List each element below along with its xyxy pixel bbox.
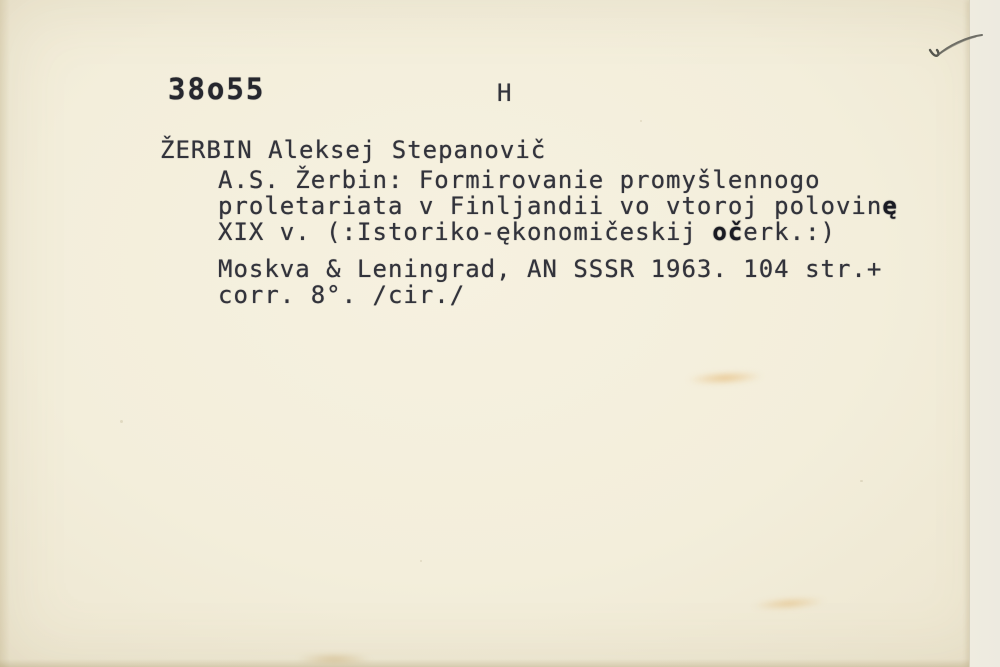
ink-smudge (686, 370, 765, 386)
paper-speck (860, 480, 863, 482)
title-line-3: XIX v. (:Istoriko-ękonomičeskij očerk.:) (218, 219, 836, 245)
ink-smudge (752, 595, 827, 611)
title-line-2-text: proletariata v Finljandii vo vtoroj polo… (218, 192, 882, 220)
paper-speck (640, 120, 642, 122)
title-line-3-text-post: erk.:) (743, 218, 836, 246)
card-bottom-edge-shadow (0, 659, 1000, 667)
catalog-card-scan: 38o55 H ŽERBIN Aleksej Stepanovič A.S. Ž… (0, 0, 1000, 667)
title-line-2-overstruck-char: ę (882, 192, 897, 220)
title-line-1: A.S. Žerbin: Formirovanie promyšlennogo (218, 167, 821, 193)
card-left-edge-shadow (0, 0, 10, 667)
pencil-checkmark-icon (924, 28, 988, 68)
imprint-line-2: corr. 8°. /cir./ (218, 282, 465, 308)
card-right-edge (969, 0, 1000, 667)
title-line-3-overstruck-chars: oč (712, 218, 743, 246)
title-line-3-text-pre: XIX v. (:Istoriko-ękonomičeskij (218, 218, 712, 246)
title-line-2: proletariata v Finljandii vo vtoroj polo… (218, 193, 898, 219)
call-number: 38o55 (168, 72, 265, 106)
paper-speck (420, 560, 422, 562)
paper-speck (120, 420, 123, 423)
author-heading: ŽERBIN Aleksej Stepanovič (160, 136, 546, 164)
imprint-line-1: Moskva & Leningrad, AN SSSR 1963. 104 st… (218, 256, 882, 282)
section-letter: H (497, 79, 512, 107)
